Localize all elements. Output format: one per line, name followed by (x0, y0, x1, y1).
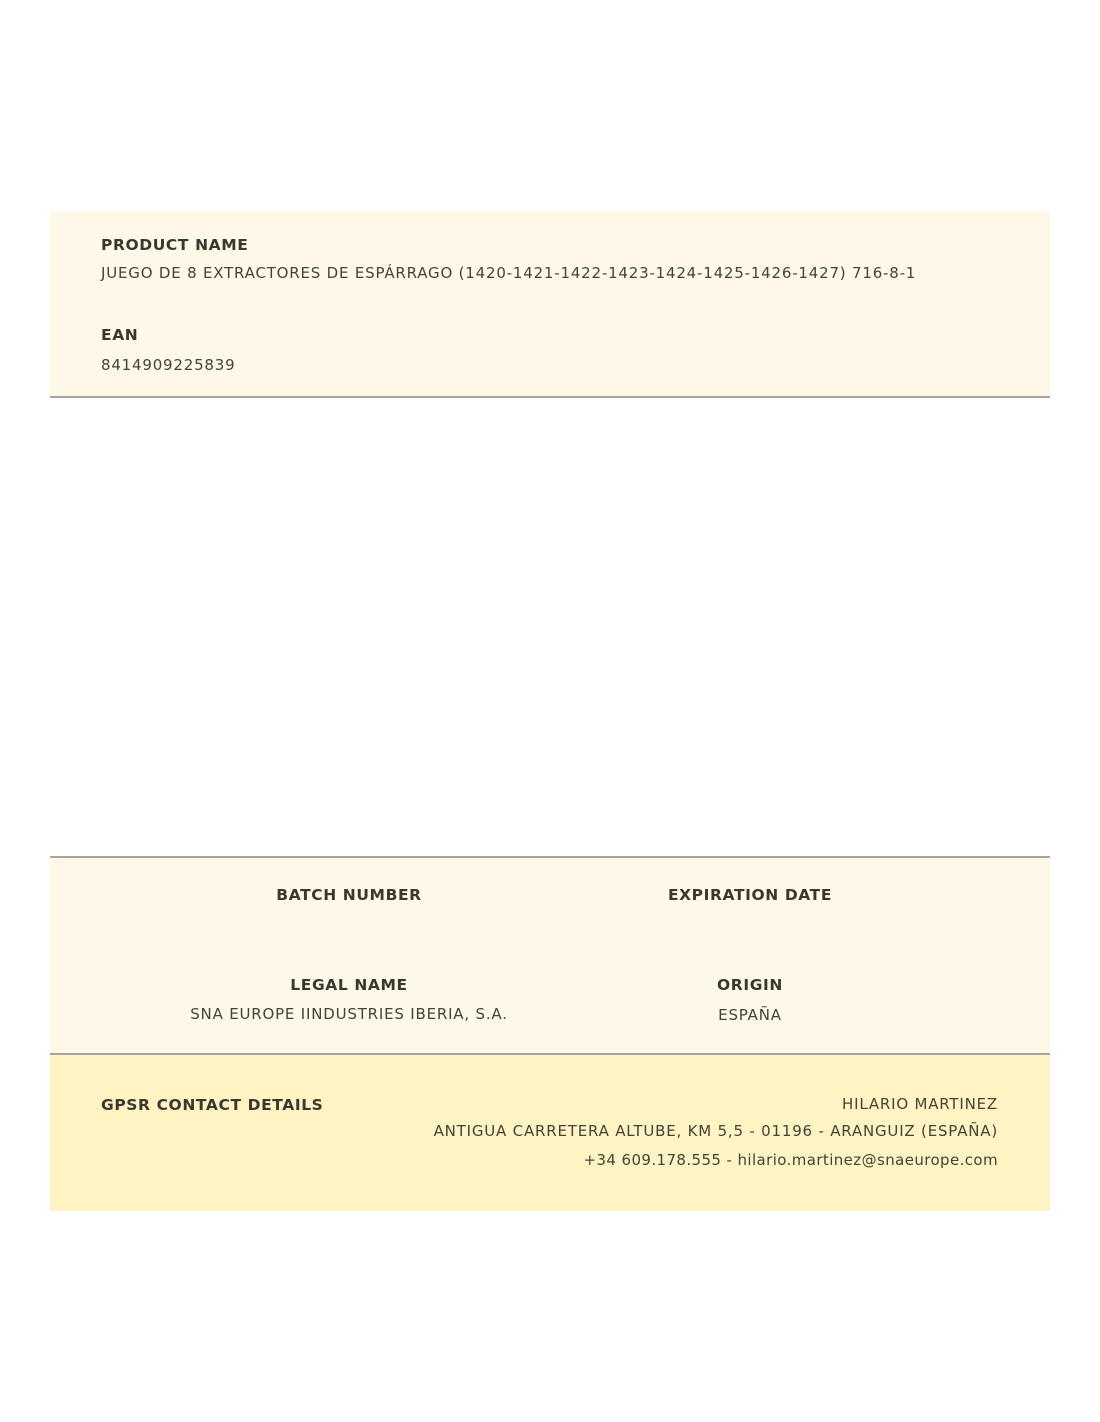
product-info-panel: PRODUCT NAME JUEGO DE 8 EXTRACTORES DE E… (50, 211, 1050, 398)
legal-name-value: SNA EUROPE IINDUSTRIES IBERIA, S.A. (190, 1005, 508, 1023)
batch-number-label: BATCH NUMBER (276, 886, 421, 904)
batch-details-panel: BATCH NUMBER EXPIRATION DATE LEGAL NAME … (50, 856, 1050, 1055)
expiration-date-label: EXPIRATION DATE (668, 886, 832, 904)
contact-name: HILARIO MARTINEZ (842, 1095, 998, 1113)
legal-name-label: LEGAL NAME (290, 976, 407, 994)
ean-value: 8414909225839 (101, 356, 235, 374)
contact-address: ANTIGUA CARRETERA ALTUBE, KM 5,5 - 01196… (434, 1122, 998, 1140)
origin-value: ESPAÑA (718, 1006, 782, 1024)
gpsr-contact-label: GPSR CONTACT DETAILS (101, 1096, 323, 1114)
product-name-label: PRODUCT NAME (101, 236, 248, 254)
contact-phone-email: +34 609.178.555 - hilario.martinez@snaeu… (584, 1151, 999, 1169)
gpsr-contact-panel: GPSR CONTACT DETAILS HILARIO MARTINEZ AN… (50, 1055, 1050, 1211)
origin-label: ORIGIN (717, 976, 783, 994)
ean-label: EAN (101, 326, 138, 344)
product-name-value: JUEGO DE 8 EXTRACTORES DE ESPÁRRAGO (142… (101, 264, 916, 282)
